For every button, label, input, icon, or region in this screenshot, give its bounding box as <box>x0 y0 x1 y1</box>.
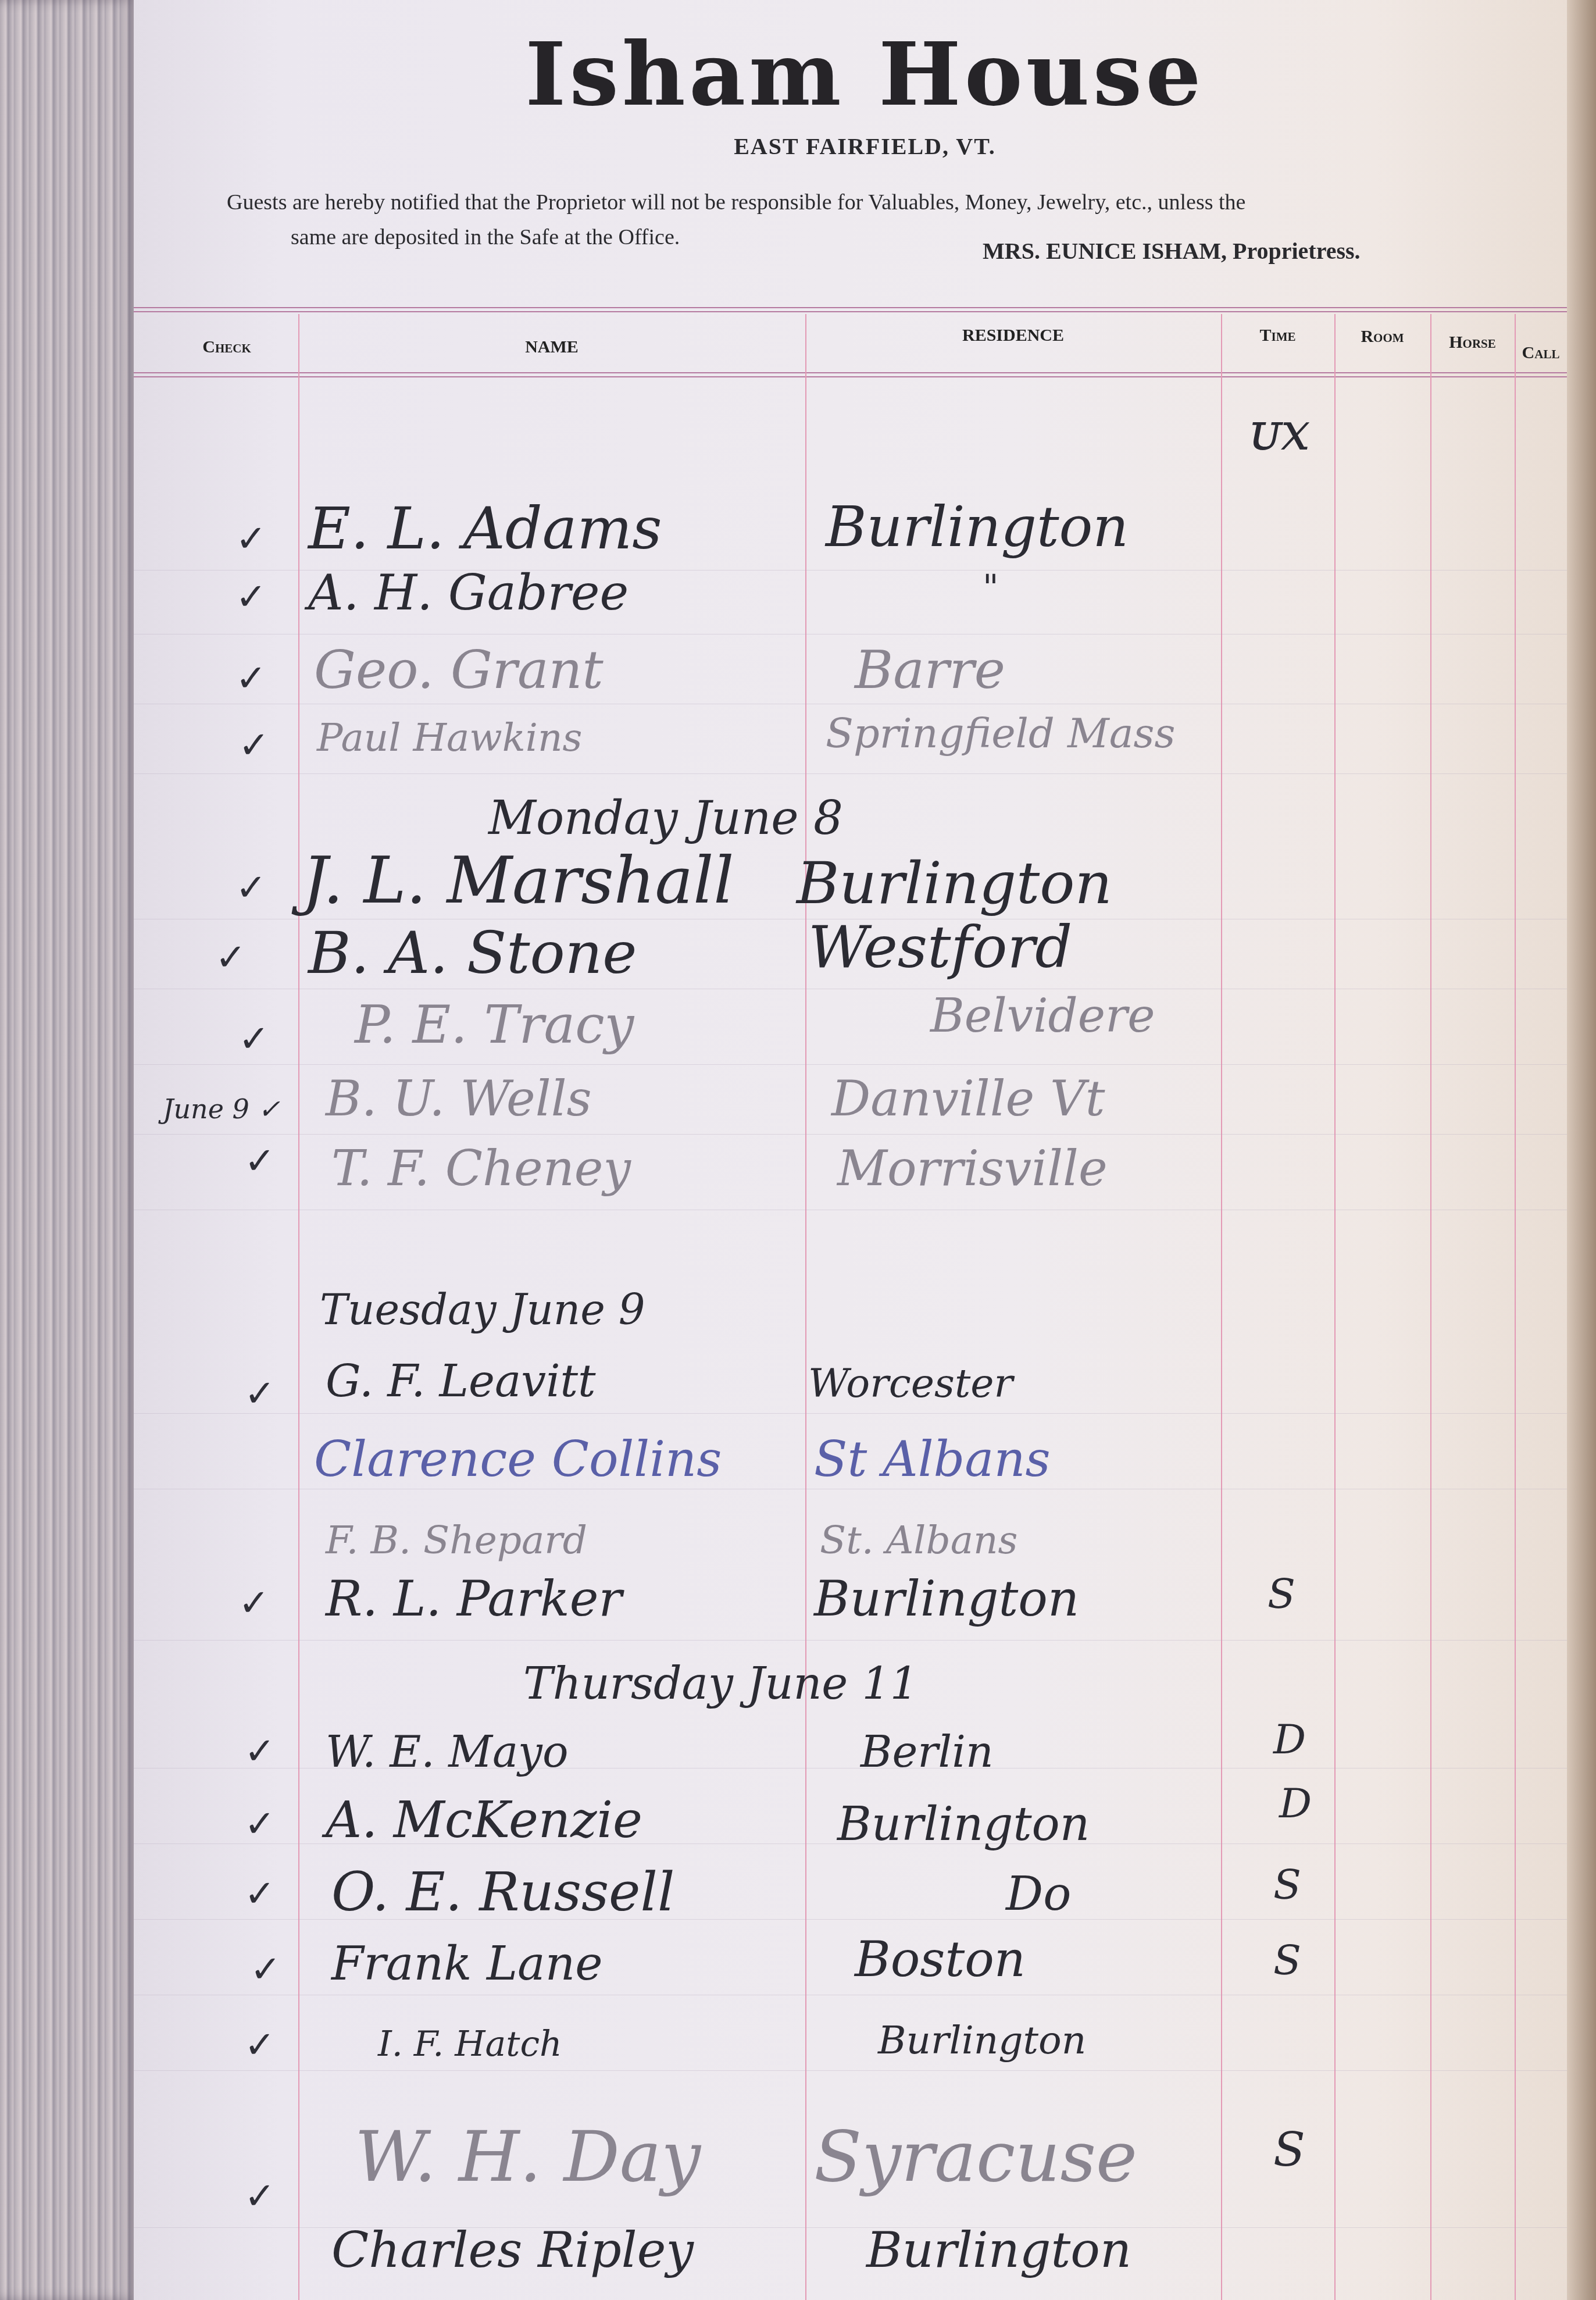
ruled-line <box>134 2070 1567 2071</box>
guest-residence: Burlington <box>826 494 1129 559</box>
register-page: Isham House EAST FAIRFIELD, VT. Guests a… <box>134 0 1596 2300</box>
column-header-name: NAME <box>298 337 805 357</box>
guest-residence: Syracuse <box>814 2117 1137 2198</box>
check-mark: ✓ <box>235 576 267 619</box>
notice-line-2: same are deposited in the Safe at the Of… <box>227 220 1564 255</box>
guest-name: Paul Hawkins <box>317 715 582 760</box>
hotel-location: EAST FAIRFIELD, VT. <box>134 133 1596 160</box>
ruled-line <box>134 773 1567 774</box>
ruled-line <box>134 1489 1567 1489</box>
guest-residence: Do <box>1006 1867 1071 1921</box>
proprietress-name: MRS. EUNICE ISHAM, Proprietress. <box>983 237 1361 265</box>
date-heading: Monday June 8 <box>488 791 843 845</box>
ruled-line <box>134 1995 1567 1995</box>
check-mark: ✓ <box>215 936 247 979</box>
check-mark: ✓ <box>238 1018 270 1061</box>
check-mark: ✓ <box>244 1372 276 1415</box>
guest-residence: Morrisville <box>837 1140 1108 1197</box>
header-bottom-rule <box>134 372 1567 377</box>
check-mark: ✓ <box>238 1582 270 1625</box>
guest-residence: Westford <box>808 913 1072 981</box>
guest-residence: Belvidere <box>930 989 1155 1043</box>
time-column-mark: ᴜx <box>1250 401 1310 462</box>
column-header-horse: Horse <box>1430 333 1515 352</box>
check-mark: ✓ <box>244 2175 276 2218</box>
header-top-rule <box>134 307 1567 312</box>
ruled-line <box>134 1210 1567 1210</box>
guest-residence: St. Albans <box>820 1518 1017 1563</box>
column-header-residence: RESIDENCE <box>805 326 1221 345</box>
guest-residence: " <box>983 567 999 608</box>
guest-name: B. U. Wells <box>326 1070 592 1127</box>
guest-name: A. McKenzie <box>326 1791 642 1849</box>
guest-residence: Danville Vt <box>831 1070 1105 1127</box>
page-edge-shadow <box>1567 0 1596 2300</box>
guest-residence: Burlington <box>878 2018 1086 2063</box>
guest-residence: Boston <box>855 1931 1026 1988</box>
ruled-line <box>134 1640 1567 1641</box>
check-mark: ✓ <box>250 1948 281 1991</box>
guest-name: Charles Ripley <box>331 2221 694 2278</box>
check-mark: ✓ <box>235 518 267 561</box>
guest-time: S <box>1273 1937 1301 1984</box>
guest-name: A. H. Gabree <box>308 564 629 621</box>
guest-residence: Burlington <box>814 1570 1079 1627</box>
check-mark: ✓ <box>244 1730 276 1773</box>
guest-name: F. B. Shepard <box>326 1518 587 1563</box>
ruled-line <box>134 704 1567 704</box>
ruled-line <box>134 1134 1567 1135</box>
guest-time: S <box>1273 1861 1301 1909</box>
guest-name: Geo. Grant <box>314 640 604 701</box>
guest-residence: Burlington <box>797 849 1112 917</box>
ruled-line <box>134 1064 1567 1065</box>
column-divider <box>1221 314 1222 2300</box>
guest-name: W. E. Mayo <box>326 1727 568 1777</box>
book-page-edges <box>0 0 137 2300</box>
guest-name: P. E. Tracy <box>355 994 634 1055</box>
column-header-room: Room <box>1334 327 1430 347</box>
guest-name: J. L. Marshall <box>302 843 734 918</box>
guest-time: S <box>1267 1570 1295 1618</box>
check-mark: ✓ <box>235 866 267 910</box>
ruled-line <box>134 989 1567 989</box>
guest-name: O. E. Russell <box>331 1861 674 1923</box>
guest-name: B. A. Stone <box>308 919 637 987</box>
check-mark: ✓ <box>244 1873 276 1916</box>
guest-name: R. L. Parker <box>326 1570 622 1627</box>
hotel-title: Isham House <box>134 23 1596 126</box>
date-heading: Tuesday June 9 <box>320 1285 645 1334</box>
check-mark: June 9 ✓ <box>163 1093 280 1125</box>
guest-name: E. L. Adams <box>308 494 662 562</box>
guest-residence: Springfield Mass <box>826 709 1175 757</box>
check-mark: ✓ <box>244 1803 276 1846</box>
column-divider <box>298 314 299 2300</box>
column-divider <box>1430 314 1431 2300</box>
check-mark: ✓ <box>235 657 267 700</box>
column-header-check: Check <box>169 337 285 357</box>
guest-name: W. H. Day <box>355 2117 701 2198</box>
guest-residence: Burlington <box>866 2221 1131 2278</box>
guest-time: S <box>1273 2123 1305 2177</box>
guest-residence: Barre <box>855 640 1005 701</box>
column-header-call: Call <box>1515 343 1567 363</box>
guest-residence: Worcester <box>808 1361 1013 1407</box>
guest-time: D <box>1273 1716 1306 1763</box>
liability-notice: Guests are hereby notified that the Prop… <box>227 185 1564 255</box>
guest-residence: St Albans <box>814 1431 1051 1488</box>
check-mark: ✓ <box>244 1140 276 1183</box>
ruled-line <box>134 634 1567 634</box>
column-divider <box>1515 314 1516 2300</box>
notice-line-1: Guests are hereby notified that the Prop… <box>227 185 1564 220</box>
guest-name: G. F. Leavitt <box>326 1355 596 1407</box>
check-mark: ✓ <box>244 2024 276 2067</box>
guest-time: D <box>1279 1780 1312 1827</box>
ruled-line <box>134 1413 1567 1414</box>
guest-residence: Berlin <box>861 1727 994 1777</box>
date-heading: Thursday June 11 <box>523 1657 918 1709</box>
guest-residence: Burlington <box>837 1797 1090 1851</box>
column-divider <box>805 314 806 2300</box>
column-header-time: Time <box>1221 326 1334 345</box>
guest-name: I. F. Hatch <box>378 2024 562 2064</box>
guest-name: Clarence Collins <box>314 1431 722 1488</box>
guest-name: T. F. Cheney <box>331 1140 631 1197</box>
guest-name: Frank Lane <box>331 1937 603 1991</box>
column-divider <box>1334 314 1336 2300</box>
check-mark: ✓ <box>238 724 270 767</box>
